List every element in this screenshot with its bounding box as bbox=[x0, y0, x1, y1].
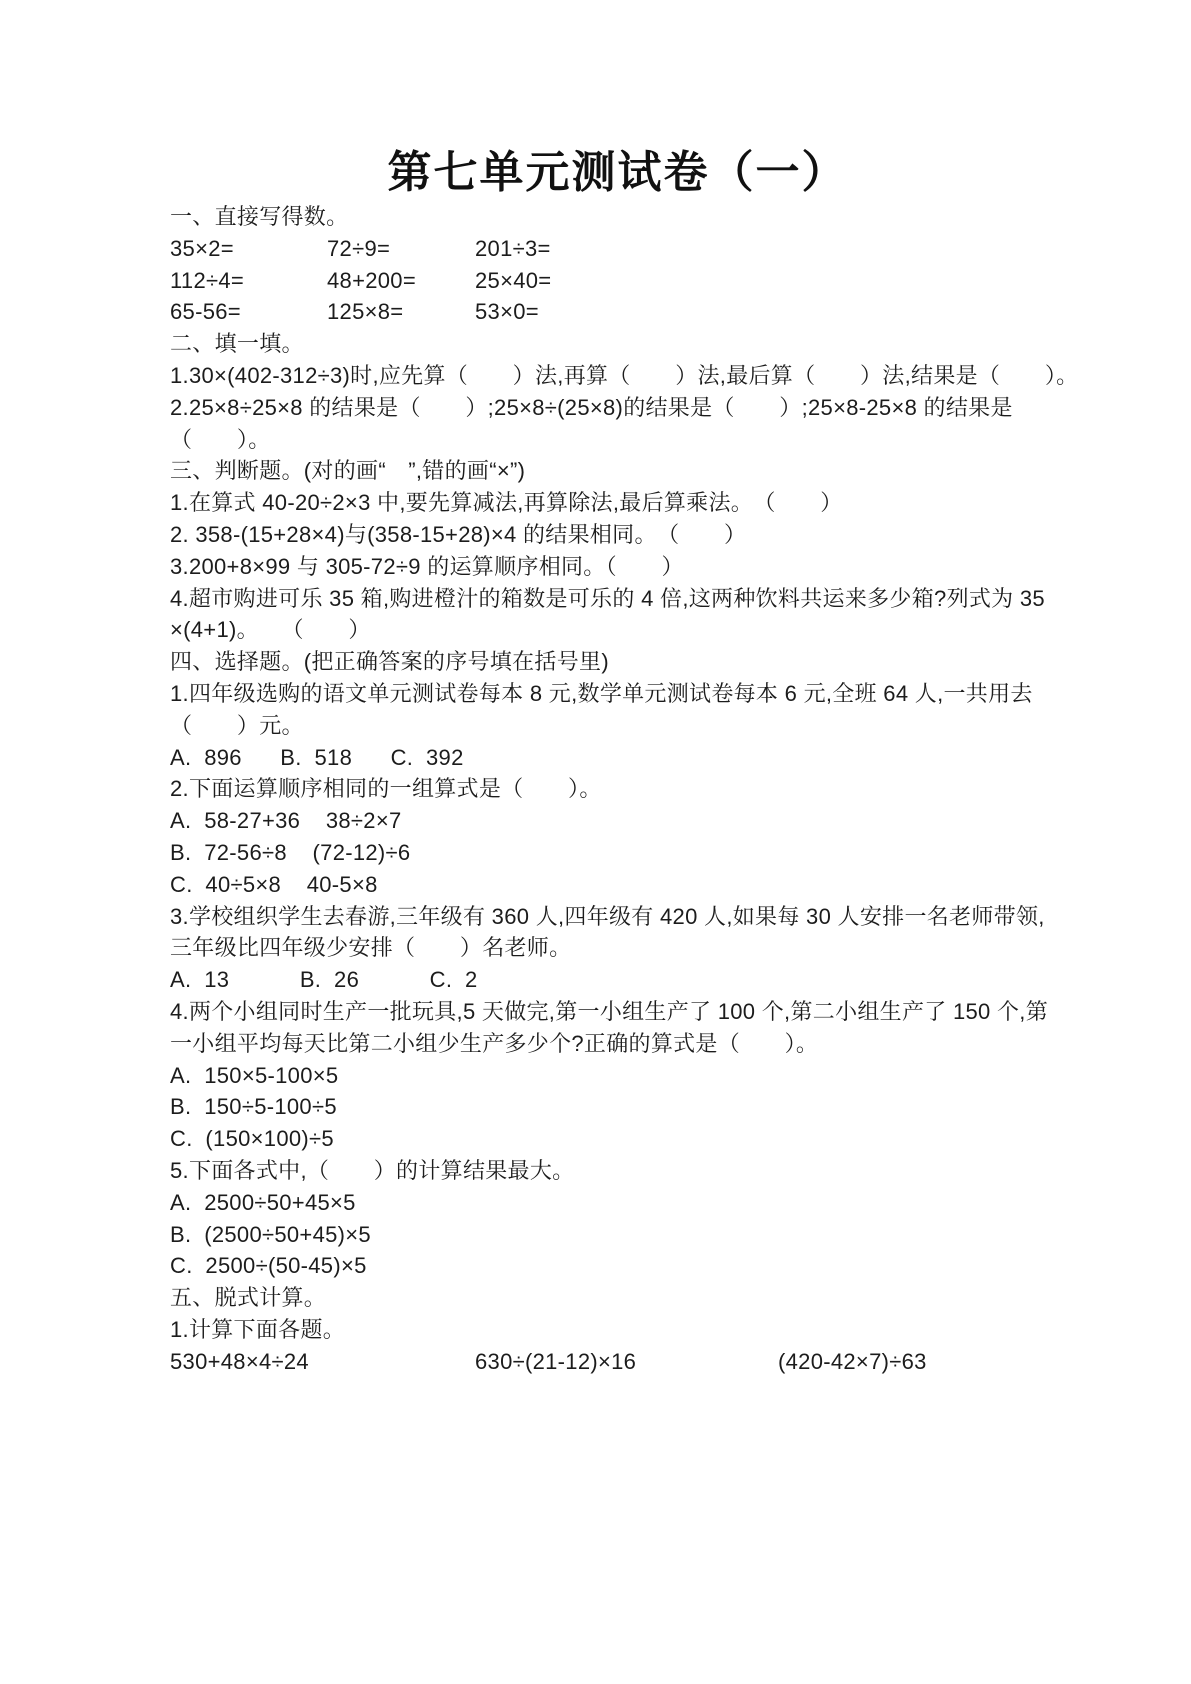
text-line: 4.超市购进可乐 35 箱,购进橙汁的箱数是可乐的 4 倍,这两种饮料共运来多少… bbox=[170, 583, 1050, 615]
math-expression: 112÷4= bbox=[170, 265, 327, 297]
text-line: 1.四年级选购的语文单元测试卷每本 8 元,数学单元测试卷每本 6 元,全班 6… bbox=[170, 678, 1050, 710]
section-heading: 一、直接写得数。 bbox=[170, 201, 1050, 233]
choice-options-line: A. 13 B. 26 C. 2 bbox=[170, 964, 1050, 996]
text-line: ×(4+1)。 （ ） bbox=[170, 614, 1050, 646]
calc-row: 530+48×4÷24 630÷(21-12)×16 (420-42×7)÷63 bbox=[170, 1346, 1050, 1378]
text-line: 1.30×(402-312÷3)时,应先算（ ）法,再算（ ）法,最后算（ ）法… bbox=[170, 360, 1050, 392]
calc-row: 65-56= 125×8= 53×0= bbox=[170, 296, 1050, 328]
choice-options-line: B. 72-56÷8 (72-12)÷6 bbox=[170, 837, 1050, 869]
math-expression: 530+48×4÷24 bbox=[170, 1346, 475, 1378]
math-expression: 72÷9= bbox=[327, 233, 475, 265]
text-line: 5.下面各式中,（ ）的计算结果最大。 bbox=[170, 1155, 1050, 1187]
math-expression: 630÷(21-12)×16 bbox=[475, 1346, 778, 1378]
math-expression: 35×2= bbox=[170, 233, 327, 265]
text-line: 4.两个小组同时生产一批玩具,5 天做完,第一小组生产了 100 个,第二小组生… bbox=[170, 996, 1050, 1028]
choice-options-line: B. (2500÷50+45)×5 bbox=[170, 1219, 1050, 1251]
choice-options-line: C. 40÷5×8 40-5×8 bbox=[170, 869, 1050, 901]
text-line: 1.在算式 40-20÷2×3 中,要先算减法,再算除法,最后算乘法。 （ ） bbox=[170, 487, 1050, 519]
choice-options-line: C. 2500÷(50-45)×5 bbox=[170, 1250, 1050, 1282]
text-line: 2.下面运算顺序相同的一组算式是（ ）。 bbox=[170, 773, 1050, 805]
text-line: 2. 358-(15+28×4)与(358-15+28)×4 的结果相同。 （ … bbox=[170, 519, 1050, 551]
math-expression: 125×8= bbox=[327, 296, 475, 328]
calc-row: 35×2= 72÷9= 201÷3= bbox=[170, 233, 1050, 265]
math-expression: 25×40= bbox=[475, 265, 551, 297]
choice-options-line: A. 2500÷50+45×5 bbox=[170, 1187, 1050, 1219]
text-line: 3.学校组织学生去春游,三年级有 360 人,四年级有 420 人,如果每 30… bbox=[170, 901, 1050, 933]
text-line: （ ）。 bbox=[170, 424, 1050, 456]
math-expression: 48+200= bbox=[327, 265, 475, 297]
math-expression: 65-56= bbox=[170, 296, 327, 328]
text-line: 三年级比四年级少安排（ ）名老师。 bbox=[170, 932, 1050, 964]
test-paper-page: 第七单元测试卷（一） 一、直接写得数。 35×2= 72÷9= 201÷3= 1… bbox=[0, 0, 1191, 1684]
text-line: 一小组平均每天比第二小组少生产多少个?正确的算式是（ ）。 bbox=[170, 1028, 1050, 1060]
text-line: 3.200+8×99 与 305-72÷9 的运算顺序相同。（ ） bbox=[170, 551, 1050, 583]
text-line: 1.计算下面各题。 bbox=[170, 1314, 1050, 1346]
math-expression: 53×0= bbox=[475, 296, 539, 328]
choice-options-line: B. 150÷5-100÷5 bbox=[170, 1091, 1050, 1123]
choice-options-line: A. 58-27+36 38÷2×7 bbox=[170, 805, 1050, 837]
document-body: 一、直接写得数。 35×2= 72÷9= 201÷3= 112÷4= 48+20… bbox=[170, 201, 1050, 1377]
page-title: 第七单元测试卷（一） bbox=[22, 136, 1191, 200]
section-heading: 四、选择题。(把正确答案的序号填在括号里) bbox=[170, 646, 1050, 678]
math-expression: 201÷3= bbox=[475, 233, 551, 265]
section-heading: 二、填一填。 bbox=[170, 328, 1050, 360]
choice-options-line: A. 150×5-100×5 bbox=[170, 1060, 1050, 1092]
choice-options-line: C. (150×100)÷5 bbox=[170, 1123, 1050, 1155]
section-heading: 五、脱式计算。 bbox=[170, 1282, 1050, 1314]
calc-row: 112÷4= 48+200= 25×40= bbox=[170, 265, 1050, 297]
text-line: 2.25×8÷25×8 的结果是（ ）;25×8÷(25×8)的结果是（ ）;2… bbox=[170, 392, 1050, 424]
math-expression: (420-42×7)÷63 bbox=[778, 1346, 927, 1378]
choice-options-line: A. 896 B. 518 C. 392 bbox=[170, 742, 1050, 774]
text-line: （ ）元。 bbox=[170, 710, 1050, 742]
section-heading: 三、判断题。(对的画“ ”,错的画“×”) bbox=[170, 455, 1050, 487]
